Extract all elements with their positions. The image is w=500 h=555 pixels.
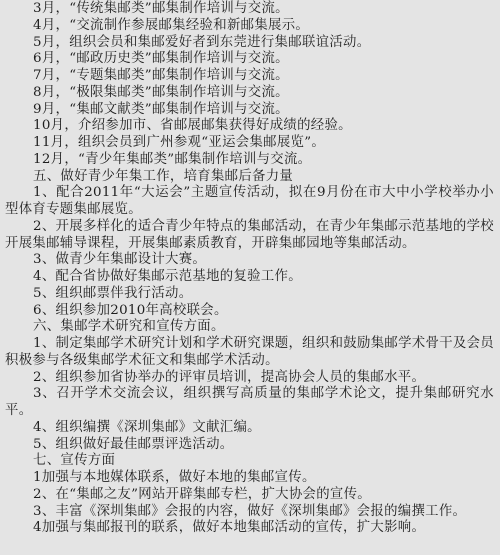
paragraph-september: 9月，“集邮文献类”邮集制作培训与交流。 xyxy=(5,102,494,119)
paragraph-november: 11月，组织会员到广州参观“亚运会集邮展览”。 xyxy=(5,135,494,152)
paragraph-youth-3: 3、做青少年集邮设计大赛。 xyxy=(5,252,494,269)
paragraph-may: 5月，组织会员和集邮爱好者到东莞进行集邮联谊活动。 xyxy=(5,35,494,52)
paragraph-publicity-1: 1加强与本地媒体联系，做好本地的集邮宣传。 xyxy=(5,470,494,487)
paragraph-research-4: 4、组织编撰《深圳集邮》文献汇编。 xyxy=(5,420,494,437)
paragraph-youth-1: 1、配合2011年“大运会”主题宣传活动，拟在9月份在市大中小学校举办小型体育专… xyxy=(5,185,494,219)
paragraph-march: 3月，“传统集邮类”邮集制作培训与交流。 xyxy=(5,1,494,18)
paragraph-august: 8月，“极限集邮类”邮集制作培训与交流。 xyxy=(5,85,494,102)
paragraph-december: 12月，“青少年集邮类”邮集制作培训与交流。 xyxy=(5,152,494,169)
paragraph-youth-2: 2、开展多样化的适合青少年特点的集邮活动，在青少年集邮示范基地的学校开展集邮辅导… xyxy=(5,219,494,253)
paragraph-research-2: 2、组织参加省协举办的评审员培训，提高协会人员的集邮水平。 xyxy=(5,370,494,387)
document-body: 3月，“传统集邮类”邮集制作培训与交流。 4月，“交流制作参展邮集经验和新邮集展… xyxy=(0,0,500,537)
section-heading-seven: 七、宣传方面 xyxy=(5,453,494,470)
paragraph-research-1: 1、制定集邮学术研究计划和学术研究课题，组织和鼓励集邮学术骨干及会员积极参与各级… xyxy=(5,336,494,370)
paragraph-april: 4月，“交流制作参展邮集经验和新邮集展示。 xyxy=(5,18,494,35)
paragraph-october: 10月，介绍参加市、省邮展邮集获得好成绩的经验。 xyxy=(5,118,494,135)
paragraph-research-5: 5、组织做好最佳邮票评选活动。 xyxy=(5,437,494,454)
section-heading-six: 六、集邮学术研究和宣传方面。 xyxy=(5,319,494,336)
paragraph-publicity-3: 3、丰富《深圳集邮》会报的内容，做好《深圳集邮》会报的编撰工作。 xyxy=(5,504,494,521)
section-heading-five: 五、做好青少年集工作，培育集邮后备力量 xyxy=(5,169,494,186)
paragraph-youth-4: 4、配合省协做好集邮示范基地的复验工作。 xyxy=(5,269,494,286)
paragraph-july: 7月，“专题集邮类”邮集制作培训与交流。 xyxy=(5,68,494,85)
paragraph-publicity-4: 4加强与集邮报刊的联系，做好本地集邮活动的宣传，扩大影响。 xyxy=(5,520,494,537)
paragraph-youth-5: 5、组织邮票伴我行活动。 xyxy=(5,286,494,303)
paragraph-june: 6月，“邮政历史类”邮集制作培训与交流。 xyxy=(5,51,494,68)
paragraph-youth-6: 6、组织参加2010年高校联会。 xyxy=(5,303,494,320)
paragraph-publicity-2: 2、在“集邮之友”网站开辟集邮专栏，扩大协会的宣传。 xyxy=(5,487,494,504)
paragraph-research-3: 3、召开学术交流会议，组织撰写高质量的集邮学术论文，提升集邮研究水平。 xyxy=(5,386,494,420)
